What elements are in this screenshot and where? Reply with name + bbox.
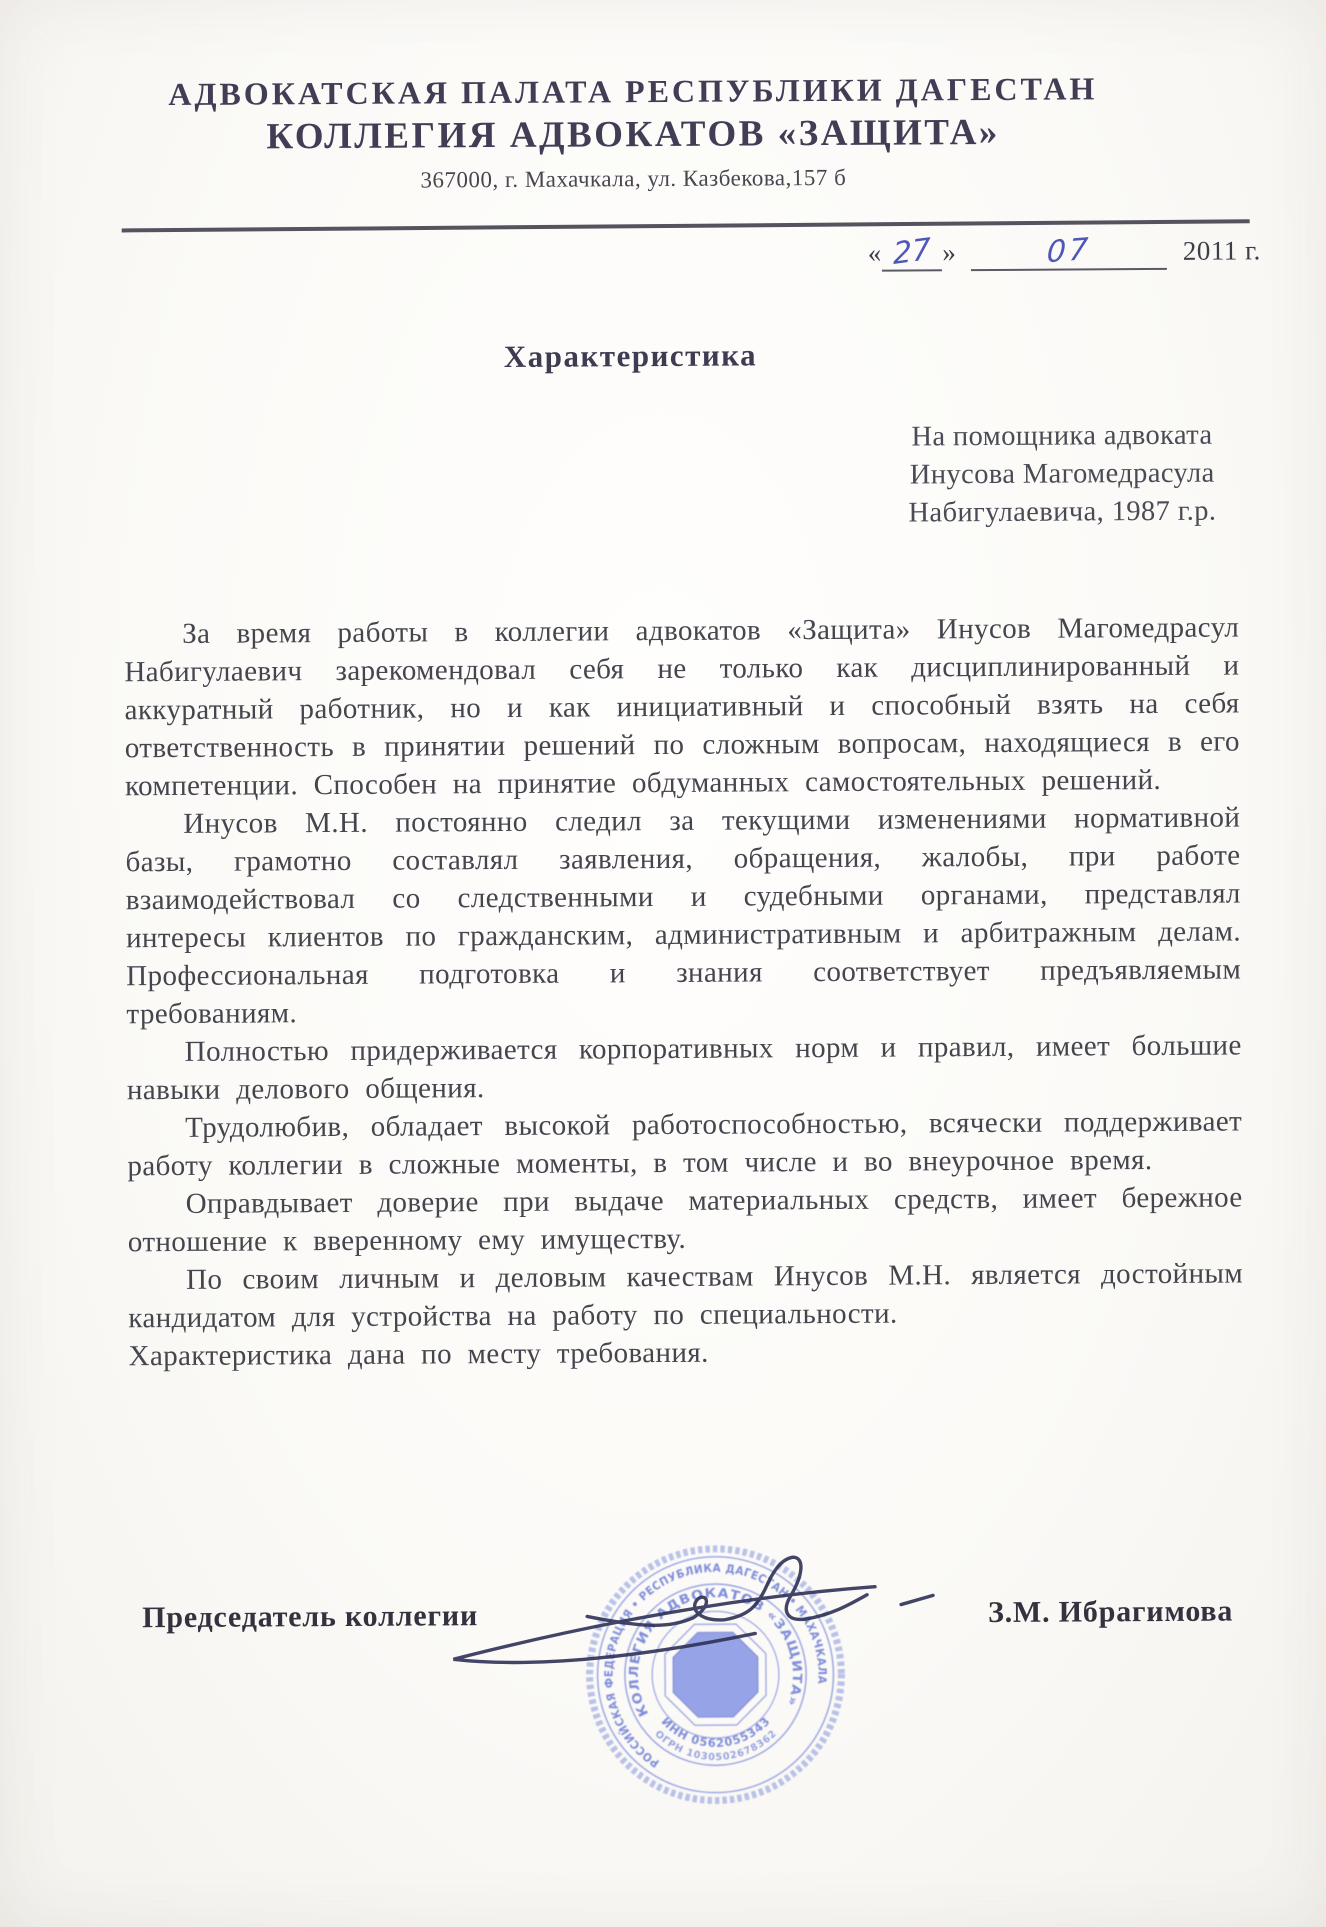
body-paragraph-3: Полностью придерживается корпоративных н…: [127, 1026, 1242, 1109]
body-paragraph-2: Инусов М.Н. постоянно следил за текущими…: [125, 798, 1241, 1033]
date-open-quote: «: [868, 238, 883, 268]
signature-name: З.М. Ибрагимова: [988, 1595, 1233, 1630]
signature-position-label: Председатель коллегии: [142, 1599, 478, 1635]
recipient-line-1: На помощника адвоката: [866, 416, 1258, 456]
date-year: 2011 г.: [1183, 235, 1261, 265]
org-name-line-2: КОЛЛЕГИЯ АДВОКАТОВ «ЗАЩИТА»: [0, 108, 1296, 162]
closing-line: Характеристика дана по месту требования.: [128, 1330, 1243, 1375]
body-text: За время работы в коллегии адвокатов «За…: [124, 608, 1244, 1375]
signature-dash: [901, 1595, 933, 1604]
recipient-block: На помощника адвоката Инусова Магомедрас…: [866, 416, 1259, 532]
letterhead: АДВОКАТСКАЯ ПАЛАТА РЕСПУБЛИКИ ДАГЕСТАН К…: [0, 68, 1296, 198]
body-paragraph-4: Трудолюбив, обладает высокой работоспосо…: [127, 1102, 1242, 1185]
org-address: 367000, г. Махачкала, ул. Казбекова,157 …: [0, 160, 1296, 198]
body-paragraph-5: Оправдывает доверие при выдаче материаль…: [128, 1178, 1243, 1261]
scanned-letter-page: АДВОКАТСКАЯ ПАЛАТА РЕСПУБЛИКИ ДАГЕСТАН К…: [0, 0, 1326, 1927]
document-content: АДВОКАТСКАЯ ПАЛАТА РЕСПУБЛИКИ ДАГЕСТАН К…: [0, 0, 1326, 1927]
handwritten-month: 07: [1046, 232, 1092, 271]
body-paragraph-1: За время работы в коллегии адвокатов «За…: [124, 608, 1240, 805]
recipient-line-3: Набигулаевича, 1987 г.р.: [866, 492, 1258, 532]
header-divider: [122, 219, 1250, 232]
handwritten-signature: [425, 1538, 966, 1691]
document-title: Характеристика: [0, 334, 1294, 378]
recipient-line-2: Инусова Магомедрасула: [866, 454, 1258, 494]
day-underline: 27: [882, 234, 942, 271]
body-paragraph-6: По своим личным и деловым качествам Инус…: [128, 1254, 1243, 1337]
date-close-quote: »: [942, 237, 957, 267]
org-name-line-1: АДВОКАТСКАЯ ПАЛАТА РЕСПУБЛИКИ ДАГЕСТАН: [0, 68, 1296, 114]
date-line: «27»072011 г.: [868, 232, 1261, 271]
month-underline: 07: [971, 233, 1167, 271]
handwritten-day: 27: [893, 232, 932, 272]
